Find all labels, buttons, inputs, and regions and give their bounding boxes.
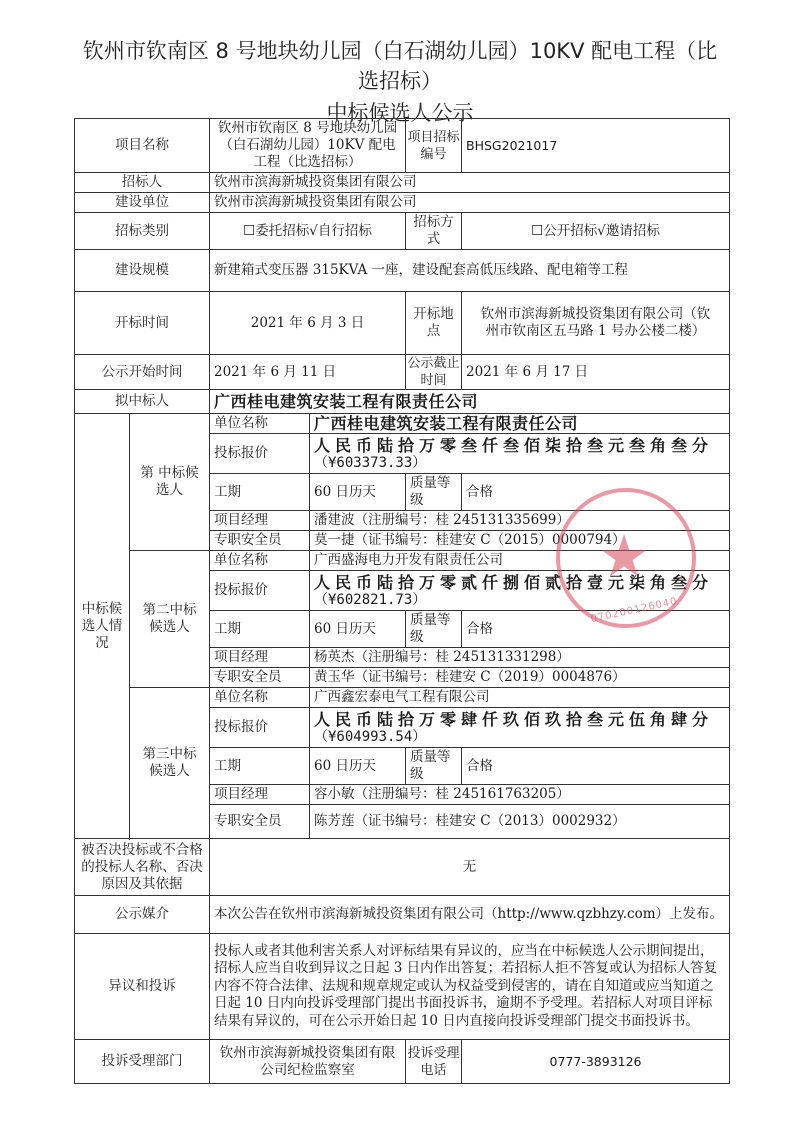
row-media: 公示媒介 本次公告在钦州市滨海新城投资集团有限公司（http://www.qzb… [75, 896, 730, 934]
candidate-2-period-label: 工期 [210, 611, 310, 648]
candidate-2-unit: 广西盛海电力开发有限责任公司 [310, 551, 730, 571]
winner-label: 拟中标人 [75, 390, 210, 414]
candidate-1-manager: 潘建波（注册编号：桂 245131335699） [310, 511, 730, 531]
candidate-3-period-label: 工期 [210, 748, 310, 785]
candidate-2-period: 60 日历天 [310, 611, 406, 648]
candidate-3-period: 60 日历天 [310, 748, 406, 785]
candidate-3-quality-label: 质量等级 [406, 748, 462, 785]
row-objection: 异议和投诉 投标人或者其他利害关系人对评标结果有异议的，应当在中标候选人公示期间… [75, 934, 730, 1040]
row-winner: 拟中标人 广西桂电建筑安装工程有限责任公司 [75, 390, 730, 414]
objection-label: 异议和投诉 [75, 934, 210, 1040]
candidate-2-manager-label: 项目经理 [210, 648, 310, 668]
builder-value: 钦州市滨海新城投资集团有限公司 [210, 193, 730, 213]
complaint-dept-value: 钦州市滨海新城投资集团有限公司纪检监察室 [210, 1040, 406, 1084]
candidate-2-quality: 合格 [462, 611, 730, 648]
notice-start-value: 2021 年 6 月 11 日 [210, 355, 406, 390]
project-code-label: 项目招标编号 [406, 119, 462, 173]
tenderer-value: 钦州市滨海新城投资集团有限公司 [210, 173, 730, 193]
method-value: ☐公开招标√邀请招标 [462, 213, 730, 250]
candidate-2-rank: 第二中标候选人 [130, 551, 210, 688]
candidate-3-rank: 第三中标候选人 [130, 688, 210, 839]
candidate-1-unit-label: 单位名称 [210, 414, 310, 434]
candidate-1-quality-label: 质量等级 [406, 474, 462, 511]
candidate-2-unit-row: 第二中标候选人 单位名称 广西盛海电力开发有限责任公司 [75, 551, 730, 571]
candidate-1-period-label: 工期 [210, 474, 310, 511]
builder-label: 建设单位 [75, 193, 210, 213]
candidate-3-price-words: 人民币陆拾万零肆仟玖佰玖拾叁元伍角肆分 [314, 710, 725, 729]
candidate-1-safety: 莫一捷（证书编号：桂建安 C（2015）0000794） [310, 531, 730, 551]
candidate-2-safety: 黄玉华（证书编号：桂建安 C（2019）0004876） [310, 668, 730, 688]
row-tenderer: 招标人 钦州市滨海新城投资集团有限公司 [75, 173, 730, 193]
candidates-section-label: 中标候选人情况 [75, 414, 130, 839]
candidate-1-unit: 广西桂电建筑安装工程有限责任公司 [310, 414, 730, 434]
candidate-1-price-num: （¥603373.33） [314, 455, 725, 472]
row-open: 开标时间 2021 年 6 月 3 日 开标地点 钦州市滨海新城投资集团有限公司… [75, 292, 730, 355]
candidate-3-price-num: （¥604993.54） [314, 729, 725, 746]
row-builder: 建设单位 钦州市滨海新城投资集团有限公司 [75, 193, 730, 213]
candidate-2-price-num: （¥602821.73） [314, 592, 725, 609]
project-code-value: BHSG2021017 [462, 119, 730, 173]
row-scale: 建设规模 新建箱式变压器 315KVA 一座，建设配套高低压线路、配电箱等工程 [75, 250, 730, 292]
candidate-3-unit: 广西鑫宏泰电气工程有限公司 [310, 688, 730, 708]
category-value: ☐委托招标√自行招标 [210, 213, 406, 250]
scale-label: 建设规模 [75, 250, 210, 292]
candidate-2-price: 人民币陆拾万零贰仟捌佰贰拾壹元柒角叁分 （¥602821.73） [310, 571, 730, 611]
candidate-1-price: 人民币陆拾万零叁仟叁佰柒拾叁元叁角叁分 （¥603373.33） [310, 434, 730, 474]
complaint-phone-value: 0777-3893126 [462, 1040, 730, 1084]
notice-end-label: 公示截止时间 [406, 355, 462, 390]
candidate-1-unit-row: 中标候选人情况 第 中标候选人 单位名称 广西桂电建筑安装工程有限责任公司 [75, 414, 730, 434]
winner-value: 广西桂电建筑安装工程有限责任公司 [210, 390, 730, 414]
tenderer-label: 招标人 [75, 173, 210, 193]
row-notice-period: 公示开始时间 2021 年 6 月 11 日 公示截止时间 2021 年 6 月… [75, 355, 730, 390]
title-line-1: 钦州市钦南区 8 号地块幼儿园（白石湖幼儿园）10KV 配电工程（比 [0, 36, 800, 66]
complaint-phone-label: 投诉受理电话 [406, 1040, 462, 1084]
candidate-3-unit-row: 第三中标候选人 单位名称 广西鑫宏泰电气工程有限公司 [75, 688, 730, 708]
row-complaint: 投诉受理部门 钦州市滨海新城投资集团有限公司纪检监察室 投诉受理电话 0777-… [75, 1040, 730, 1084]
candidate-2-unit-label: 单位名称 [210, 551, 310, 571]
title-line-2: 选招标） [0, 66, 800, 96]
document-title: 钦州市钦南区 8 号地块幼儿园（白石湖幼儿园）10KV 配电工程（比 选招标） … [0, 36, 800, 128]
candidate-3-price-label: 投标报价 [210, 708, 310, 748]
row-category: 招标类别 ☐委托招标√自行招标 招标方式 ☐公开招标√邀请招标 [75, 213, 730, 250]
row-rejected: 被否决投标或不合格的投标人名称、否决原因及其依据 无 [75, 839, 730, 896]
objection-value: 投标人或者其他利害关系人对评标结果有异议的，应当在中标候选人公示期间提出，招标人… [210, 934, 730, 1040]
open-place-value: 钦州市滨海新城投资集团有限公司（钦州市钦南区五马路 1 号办公楼二楼） [462, 292, 730, 355]
project-name-label: 项目名称 [75, 119, 210, 173]
candidate-2-quality-label: 质量等级 [406, 611, 462, 648]
rejected-value: 无 [210, 839, 730, 896]
candidate-1-period: 60 日历天 [310, 474, 406, 511]
media-label: 公示媒介 [75, 896, 210, 934]
announcement-table: 项目名称 钦州市钦南区 8 号地块幼儿园（白石湖幼儿园）10KV 配电工程（比选… [74, 118, 730, 1084]
candidate-1-price-words: 人民币陆拾万零叁仟叁佰柒拾叁元叁角叁分 [314, 436, 725, 455]
candidate-1-manager-label: 项目经理 [210, 511, 310, 531]
candidate-1-quality: 合格 [462, 474, 730, 511]
candidate-2-price-label: 投标报价 [210, 571, 310, 611]
candidate-3-quality: 合格 [462, 748, 730, 785]
candidate-2-safety-label: 专职安全员 [210, 668, 310, 688]
open-place-label: 开标地点 [406, 292, 462, 355]
candidate-1-price-label: 投标报价 [210, 434, 310, 474]
scale-value: 新建箱式变压器 315KVA 一座，建设配套高低压线路、配电箱等工程 [210, 250, 730, 292]
notice-start-label: 公示开始时间 [75, 355, 210, 390]
category-label: 招标类别 [75, 213, 210, 250]
candidate-3-manager-label: 项目经理 [210, 785, 310, 805]
candidate-3-safety: 陈芳莲（证书编号：桂建安 C（2013）0002932） [310, 805, 730, 839]
method-label: 招标方式 [406, 213, 462, 250]
candidate-2-price-words: 人民币陆拾万零贰仟捌佰贰拾壹元柒角叁分 [314, 573, 725, 592]
media-value: 本次公告在钦州市滨海新城投资集团有限公司（http://www.qzbhzy.c… [210, 896, 730, 934]
rejected-label: 被否决投标或不合格的投标人名称、否决原因及其依据 [75, 839, 210, 896]
candidate-3-price: 人民币陆拾万零肆仟玖佰玖拾叁元伍角肆分 （¥604993.54） [310, 708, 730, 748]
project-name-value: 钦州市钦南区 8 号地块幼儿园（白石湖幼儿园）10KV 配电工程（比选招标） [210, 119, 406, 173]
candidate-3-unit-label: 单位名称 [210, 688, 310, 708]
open-time-value: 2021 年 6 月 3 日 [210, 292, 406, 355]
notice-end-value: 2021 年 6 月 17 日 [462, 355, 730, 390]
open-time-label: 开标时间 [75, 292, 210, 355]
candidate-1-safety-label: 专职安全员 [210, 531, 310, 551]
candidate-1-rank: 第 中标候选人 [130, 414, 210, 551]
row-project-name: 项目名称 钦州市钦南区 8 号地块幼儿园（白石湖幼儿园）10KV 配电工程（比选… [75, 119, 730, 173]
candidate-3-manager: 容小敏（注册编号：桂 245161763205） [310, 785, 730, 805]
complaint-dept-label: 投诉受理部门 [75, 1040, 210, 1084]
candidate-2-manager: 杨英杰（注册编号：桂 245131331298） [310, 648, 730, 668]
candidate-3-safety-label: 专职安全员 [210, 805, 310, 839]
